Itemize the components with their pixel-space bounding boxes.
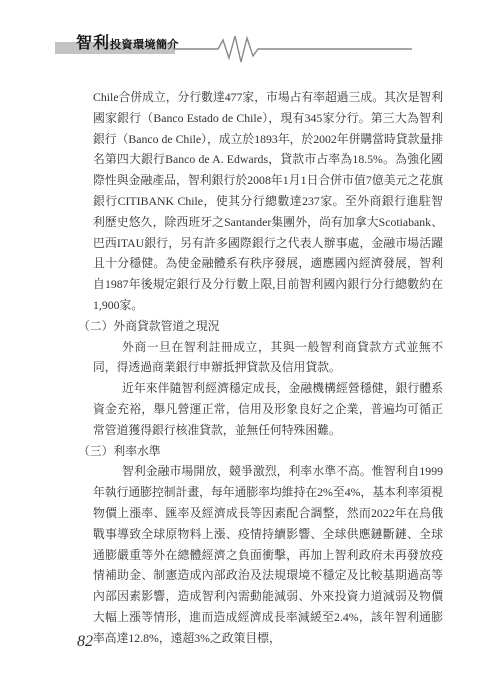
section-heading: （三）利率水準 bbox=[78, 441, 443, 462]
pulse-zigzag-divider-icon bbox=[173, 33, 413, 65]
page-number: 82 bbox=[77, 633, 93, 651]
header-title: 智利投資環境簡介 bbox=[76, 34, 179, 55]
body-paragraph: 智利金融市場開放，競爭激烈，利率水準不高。惟智利自1999年執行通膨控制計畫，每… bbox=[93, 461, 443, 648]
header-title-sub: 投資環境簡介 bbox=[110, 39, 179, 51]
body-paragraph: 近年來伴隨智利經濟穩定成長，金融機構經營穩健，銀行體系資金充裕，舉凡營運正常，信… bbox=[93, 378, 443, 440]
header-title-main: 智利 bbox=[76, 35, 110, 52]
document-page: 智利投資環境簡介 Chile合併成立，分行數達477家，市場占有率超過三成。其次… bbox=[0, 0, 480, 679]
document-body: Chile合併成立，分行數達477家，市場占有率超過三成。其次是智利國家銀行（B… bbox=[93, 87, 443, 649]
body-paragraph: 外商一旦在智利註冊成立，其與一般智利商貸款方式並無不同，得透過商業銀行申辦抵押貸… bbox=[93, 337, 443, 379]
body-paragraph: Chile合併成立，分行數達477家，市場占有率超過三成。其次是智利國家銀行（B… bbox=[93, 87, 443, 316]
section-heading: （二）外商貸款管道之現況 bbox=[78, 316, 443, 337]
